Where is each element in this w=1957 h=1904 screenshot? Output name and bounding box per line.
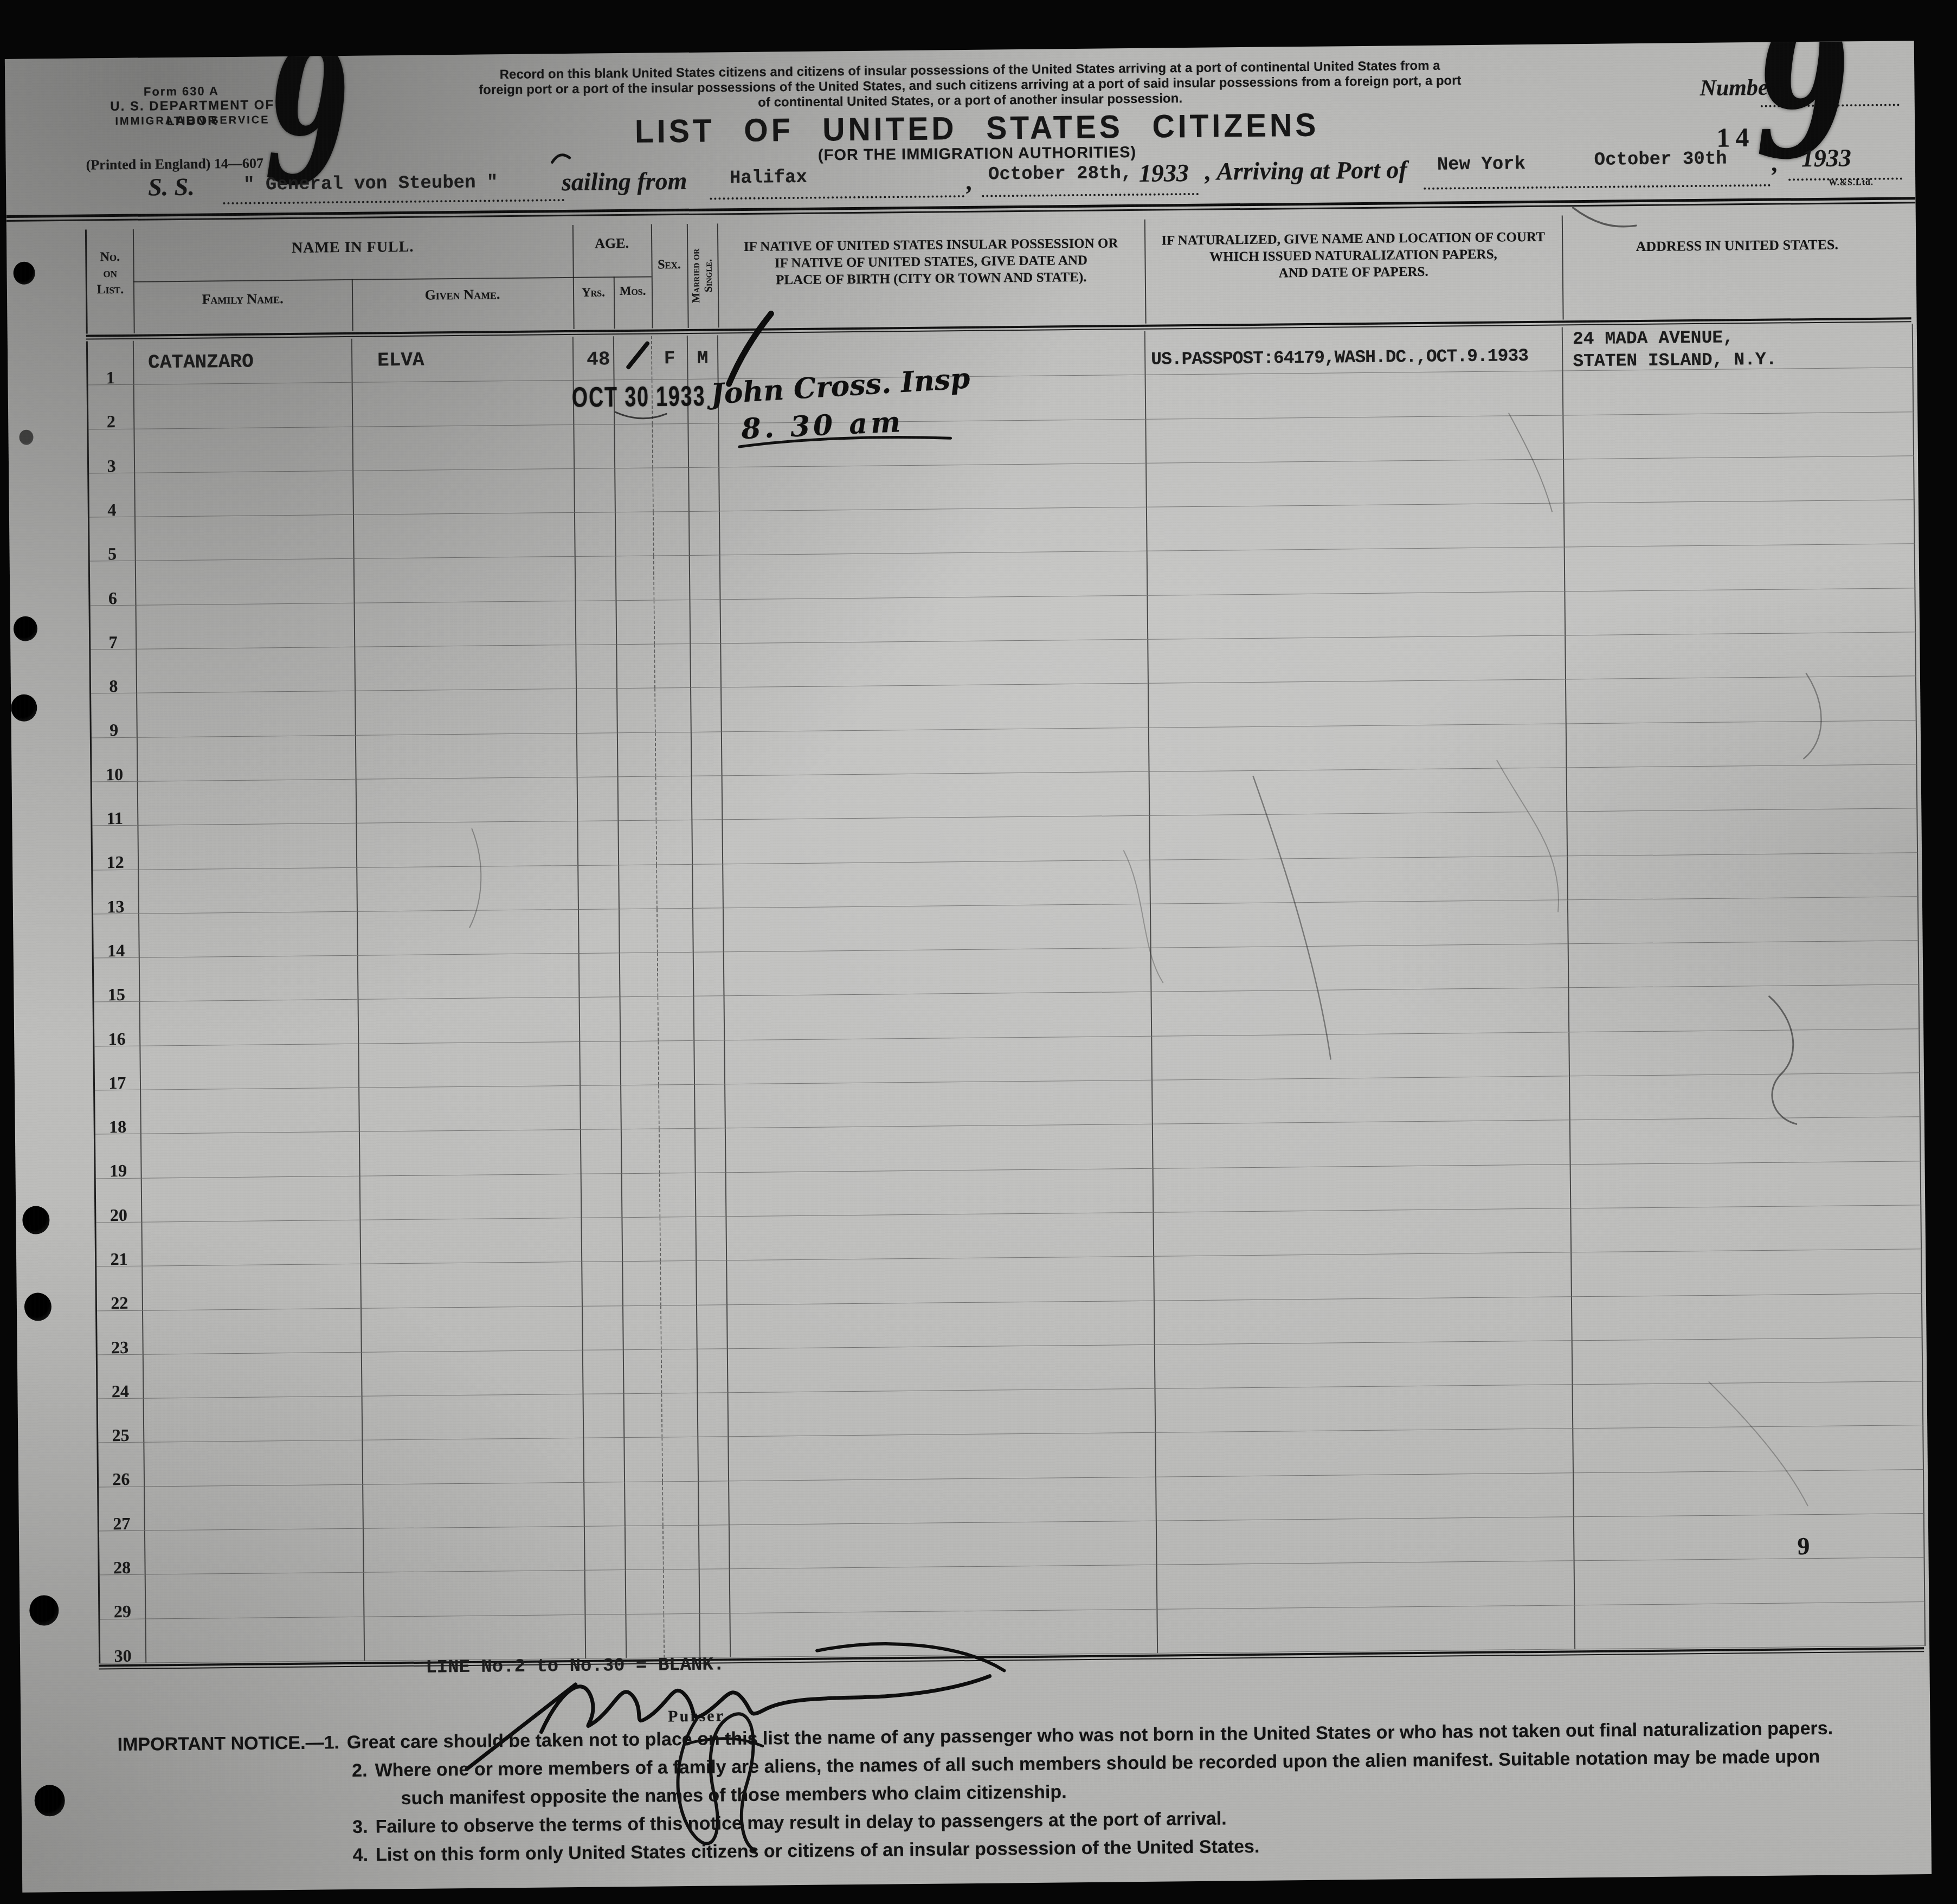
cell-age-years — [584, 1438, 625, 1483]
cell-age-months — [622, 1129, 660, 1174]
cell-row-number: 13 — [93, 870, 139, 914]
cell-address — [1574, 1514, 1925, 1561]
cell-naturalization — [1149, 724, 1567, 772]
cell-birth — [722, 684, 1149, 732]
cell-sex — [661, 1261, 697, 1305]
punch-hole — [29, 1595, 59, 1626]
cell-married-or-single — [698, 1349, 729, 1393]
cell-birth — [721, 640, 1149, 688]
cell-age-months — [615, 468, 654, 512]
cell-birth — [720, 596, 1148, 644]
cell-family-name — [143, 1308, 362, 1354]
cell-married-or-single — [696, 1173, 727, 1217]
cell-family-name — [144, 1440, 363, 1487]
cell-age-years — [579, 909, 620, 954]
cell-family-name — [137, 603, 356, 649]
cell-age-years: 48 — [574, 336, 615, 381]
cell-age-years — [581, 1129, 622, 1174]
cell-row-number: 26 — [98, 1443, 145, 1487]
cell-row-number: 15 — [94, 958, 140, 1002]
cell-age-months — [614, 336, 653, 381]
cell-naturalization — [1150, 812, 1568, 860]
cell-age-years — [580, 998, 621, 1042]
cell-family-name — [135, 471, 354, 517]
cell-given-name — [360, 1174, 582, 1220]
cell-row-number: 18 — [95, 1090, 141, 1135]
cell-married-or-single — [688, 423, 719, 468]
cell-married-or-single — [692, 776, 723, 820]
arrival-comma: , — [1772, 149, 1779, 177]
cell-age-months — [623, 1305, 662, 1350]
cell-family-name — [139, 912, 358, 958]
cell-age-years — [583, 1306, 624, 1350]
cell-birth — [722, 728, 1150, 776]
cell-naturalization — [1149, 680, 1567, 728]
departure-comma: , — [967, 167, 973, 196]
cell-naturalization — [1146, 415, 1564, 464]
cell-sex — [653, 423, 689, 468]
cell-sex — [659, 996, 695, 1041]
cell-age-years — [582, 1218, 623, 1262]
cell-age-months — [620, 953, 659, 998]
cell-sex: F — [652, 336, 688, 380]
punch-hole — [19, 430, 33, 445]
important-notice: IMPORTANT NOTICE.—1.Great care should be… — [118, 1717, 1929, 1875]
cell-address — [1565, 500, 1915, 547]
cell-family-name — [140, 1000, 359, 1046]
cell-age-years — [585, 1526, 626, 1571]
cell-married-or-single — [700, 1613, 731, 1658]
table-header: No. on List. NAME IN FULL. Family Name. … — [85, 212, 1911, 333]
cell-age-months — [623, 1262, 661, 1306]
cell-age-years — [583, 1350, 625, 1394]
cell-given-name — [353, 381, 575, 427]
cell-sex — [653, 468, 690, 512]
cell-age-years — [578, 821, 619, 865]
cell-family-name — [138, 824, 357, 870]
cell-naturalization — [1157, 1561, 1575, 1610]
printed-in-note: (Printed in England) 14—607 — [86, 155, 263, 173]
cell-age-years — [576, 601, 617, 645]
cell-given-name — [359, 1086, 581, 1132]
cell-naturalization — [1155, 1297, 1573, 1345]
cell-married-or-single — [697, 1305, 728, 1349]
cell-age-months — [619, 776, 657, 821]
cell-naturalization — [1157, 1605, 1575, 1654]
cell-married-or-single — [700, 1569, 731, 1614]
cell-age-months — [622, 1173, 661, 1218]
cell-address — [1564, 456, 1915, 503]
cell-naturalization — [1152, 1032, 1570, 1080]
cell-given-name — [363, 1483, 585, 1529]
cell-row-number: 29 — [100, 1575, 146, 1619]
cell-sex — [656, 732, 692, 777]
cell-family-name — [138, 735, 357, 781]
cell-age-months — [621, 997, 659, 1041]
cell-row-number: 12 — [92, 826, 139, 870]
cell-naturalization — [1156, 1473, 1574, 1521]
cell-birth — [723, 816, 1150, 864]
cell-age-months — [621, 1041, 659, 1085]
cell-given-name — [353, 469, 575, 515]
cell-naturalization — [1155, 1341, 1573, 1389]
cell-age-years — [582, 1174, 623, 1218]
cell-age-months — [625, 1394, 663, 1438]
col-header-naturalized: IF NATURALIZED, GIVE NAME AND LOCATION O… — [1144, 228, 1562, 282]
cell-married-or-single — [692, 820, 723, 865]
cell-sex — [654, 512, 690, 556]
cell-row-number: 1 — [88, 341, 134, 385]
cell-naturalization — [1151, 900, 1569, 948]
cell-address — [1566, 632, 1916, 679]
cell-given-name — [364, 1571, 586, 1617]
cell-sex — [661, 1305, 698, 1349]
cell-row-number: 16 — [94, 1002, 141, 1046]
cell-address — [1568, 897, 1919, 944]
punch-hole — [34, 1785, 65, 1817]
arrival-date-stamp: OCT 30 1933 — [572, 381, 706, 414]
arrival-port-value: New York — [1437, 154, 1526, 176]
cell-sex — [659, 1041, 695, 1085]
cell-given-name — [359, 998, 581, 1044]
cell-naturalization — [1147, 459, 1565, 507]
cell-given-name — [363, 1394, 584, 1440]
cell-birth — [730, 1609, 1158, 1657]
cell-married-or-single — [692, 732, 723, 776]
cell-row-number: 28 — [99, 1531, 146, 1575]
cell-age-years — [575, 512, 616, 557]
cell-age-months — [617, 645, 655, 689]
cell-age-months — [625, 1438, 663, 1482]
cell-age-months — [626, 1570, 665, 1614]
cell-sex — [663, 1482, 699, 1526]
cell-birth — [723, 860, 1151, 908]
cell-age-years — [575, 468, 616, 513]
cell-birth — [728, 1301, 1155, 1349]
purser-label: Purser. — [668, 1707, 729, 1726]
cell-age-months — [618, 732, 656, 777]
cell-family-name — [145, 1529, 364, 1575]
cell-naturalization — [1154, 1253, 1572, 1301]
cell-address — [1575, 1602, 1926, 1649]
cell-sex — [659, 1085, 696, 1129]
cell-family-name — [137, 647, 356, 693]
cell-given-name — [357, 865, 579, 911]
cell-married-or-single — [693, 908, 724, 953]
cell-birth — [725, 1080, 1153, 1129]
cell-sex — [664, 1613, 700, 1658]
col-header-age: AGE. — [572, 235, 651, 252]
cell-age-months — [624, 1349, 662, 1394]
sailing-date-value: October 28th, — [988, 163, 1132, 185]
col-header-family-name: Family Name. — [133, 290, 352, 308]
cell-married-or-single — [694, 952, 725, 996]
cell-married-or-single — [695, 1084, 726, 1129]
table-body: 1 CATANZARO ELVA 48 F M US.PASSPOST:6417… — [86, 324, 1924, 1663]
cell-family-name — [137, 691, 356, 737]
cell-address — [1565, 588, 1916, 635]
departure-port-value: Halifax — [730, 168, 807, 189]
cell-row-number: 30 — [100, 1619, 146, 1663]
cell-married-or-single — [699, 1481, 730, 1526]
cell-naturalization — [1148, 548, 1566, 596]
cell-given-name — [357, 777, 578, 824]
cell-naturalization — [1150, 856, 1568, 904]
cell-age-months — [620, 909, 658, 953]
cell-age-months — [625, 1482, 664, 1526]
cell-row-number: 11 — [92, 782, 139, 826]
cell-birth — [730, 1521, 1157, 1569]
cell-given-name — [360, 1218, 582, 1264]
cell-age-years — [580, 1041, 621, 1086]
cell-birth — [729, 1477, 1157, 1525]
cell-married-or-single — [694, 1040, 725, 1085]
cell-naturalization — [1151, 988, 1569, 1037]
cell-sex — [664, 1526, 700, 1570]
cell-married-or-single — [696, 1129, 726, 1173]
cell-address — [1569, 985, 1920, 1032]
cell-family-name — [134, 383, 353, 429]
cell-naturalization — [1148, 635, 1566, 684]
cell-given-name — [357, 821, 578, 867]
cell-sex — [660, 1173, 697, 1217]
cell-naturalization — [1150, 768, 1568, 816]
cell-age-months — [626, 1526, 664, 1570]
cell-age-months — [616, 512, 654, 557]
punch-hole — [11, 694, 37, 721]
cell-address — [1563, 412, 1914, 459]
cell-family-name: CATANZARO — [134, 339, 353, 385]
cell-row-number: 8 — [91, 649, 137, 694]
departure-port-line — [710, 195, 964, 200]
cell-sex — [662, 1393, 699, 1438]
col-header-sex: Sex. — [651, 258, 687, 273]
cell-family-name — [144, 1353, 363, 1399]
cell-address — [1573, 1337, 1923, 1385]
cell-married-or-single — [698, 1393, 729, 1437]
cell-given-name — [361, 1262, 583, 1308]
cell-age-years — [585, 1570, 627, 1614]
cell-row-number: 20 — [96, 1178, 143, 1223]
cell-age-years — [580, 953, 621, 998]
cell-family-name — [136, 515, 355, 561]
cell-row-number: 23 — [97, 1310, 144, 1355]
cell-address — [1565, 544, 1916, 591]
cell-age-years — [584, 1482, 626, 1527]
cell-address — [1572, 1294, 1923, 1341]
cell-age-years — [578, 777, 619, 821]
arrival-year-value: 1933 — [1801, 143, 1852, 172]
cell-family-name — [146, 1573, 365, 1619]
punch-hole — [14, 616, 37, 641]
cell-married-or-single: M — [688, 335, 719, 379]
cell-address — [1569, 1029, 1920, 1076]
cell-row-number: 3 — [88, 429, 135, 473]
cell-birth — [720, 507, 1148, 556]
cell-given-name — [358, 954, 580, 1000]
cell-birth — [729, 1433, 1156, 1481]
cell-sex — [658, 953, 694, 997]
cell-given-name — [355, 645, 577, 691]
cell-address — [1567, 764, 1918, 812]
cell-row-number: 10 — [92, 737, 138, 782]
cell-given-name — [362, 1350, 584, 1397]
manifest-sheet: Form 630 A U. S. DEPARTMENT OF LABOR IMM… — [5, 41, 1932, 1893]
cell-married-or-single — [690, 512, 720, 556]
cell-given-name — [362, 1306, 583, 1352]
cell-row-number: 14 — [93, 914, 140, 959]
cell-age-months — [622, 1217, 661, 1262]
cell-family-name — [139, 867, 358, 914]
cell-given-name — [355, 557, 576, 603]
cell-family-name — [141, 1132, 360, 1178]
blank-lines-note: LINE No.2 to No.30 = BLANK. — [426, 1655, 724, 1678]
cell-naturalization — [1151, 944, 1569, 993]
cell-family-name — [142, 1220, 361, 1266]
cell-age-years — [585, 1614, 627, 1659]
cell-address — [1574, 1470, 1924, 1517]
cell-age-months — [616, 600, 655, 645]
cell-address: 24 MADA AVENUE, STATEN ISLAND, N.Y. — [1563, 324, 1914, 371]
cell-address — [1568, 853, 1919, 900]
cell-sex — [654, 600, 691, 645]
cell-address — [1570, 1117, 1921, 1164]
cell-address — [1575, 1558, 1926, 1605]
cell-row-number: 21 — [96, 1223, 143, 1267]
cell-row-number: 27 — [99, 1487, 145, 1531]
scanned-page: Form 630 A U. S. DEPARTMENT OF LABOR IMM… — [0, 0, 1957, 1904]
arrival-port-line — [1424, 184, 1771, 190]
cell-family-name — [138, 780, 357, 826]
cell-age-years — [576, 557, 617, 601]
cell-birth — [728, 1345, 1156, 1393]
sailing-date-line — [982, 193, 1199, 197]
cell-married-or-single — [697, 1261, 728, 1305]
cell-naturalization — [1154, 1208, 1572, 1257]
cell-address — [1572, 1249, 1922, 1296]
cell-row-number: 4 — [89, 473, 136, 518]
cell-married-or-single — [689, 467, 720, 512]
cell-age-years — [578, 865, 620, 910]
cell-given-name — [358, 910, 580, 956]
cell-sex — [654, 556, 691, 600]
cell-sex — [660, 1129, 696, 1173]
cell-address — [1571, 1161, 1922, 1208]
cell-address — [1573, 1381, 1923, 1429]
cell-given-name — [354, 513, 576, 559]
cell-address — [1573, 1426, 1924, 1473]
cell-sex — [662, 1349, 698, 1394]
cell-family-name — [142, 1176, 361, 1222]
cell-family-name — [143, 1264, 362, 1310]
cell-sex — [655, 644, 691, 689]
cell-given-name — [356, 734, 578, 780]
cell-family-name — [140, 956, 359, 1002]
cell-row-number: 2 — [88, 385, 135, 429]
cell-married-or-single — [696, 1217, 727, 1261]
cell-age-years — [582, 1262, 623, 1306]
cell-given-name — [360, 1130, 582, 1176]
cell-birth — [720, 551, 1148, 600]
cell-sex — [662, 1437, 699, 1482]
cell-family-name — [141, 1088, 360, 1134]
cell-birth — [725, 992, 1153, 1040]
cell-birth — [730, 1565, 1158, 1613]
cell-naturalization — [1148, 591, 1566, 640]
cell-married-or-single — [690, 600, 721, 644]
cell-given-name — [353, 425, 575, 471]
cell-sex — [664, 1569, 700, 1614]
punch-hole — [13, 261, 35, 284]
cell-sex — [658, 909, 694, 953]
col-header-given-name: Given Name. — [352, 286, 573, 304]
cell-birth — [726, 1213, 1154, 1261]
cell-address — [1563, 368, 1914, 415]
cell-birth — [729, 1389, 1156, 1437]
col-header-birth: IF NATIVE OF UNITED STATES INSULAR POSSE… — [717, 235, 1145, 290]
cell-address — [1567, 808, 1918, 855]
cell-naturalization: US.PASSPOST:64179,WASH.DC.,OCT.9.1933 — [1145, 327, 1563, 375]
cell-married-or-single — [691, 688, 722, 732]
cell-age-months — [616, 556, 655, 601]
cell-address — [1569, 941, 1920, 988]
cell-age-years — [577, 733, 619, 777]
cell-birth — [724, 948, 1152, 996]
passenger-table: No. on List. NAME IN FULL. Family Name. … — [85, 207, 1910, 224]
cell-naturalization — [1147, 504, 1565, 552]
cell-naturalization — [1146, 371, 1564, 420]
cell-birth — [725, 1036, 1153, 1084]
cell-age-years — [577, 689, 618, 734]
cell-family-name — [146, 1617, 365, 1663]
cell-birth — [726, 1124, 1154, 1173]
col-header-address: ADDRESS IN UNITED STATES. — [1562, 236, 1912, 255]
cell-row-number: 19 — [95, 1134, 142, 1179]
cell-given-name: ELVA — [352, 337, 574, 383]
cell-age-years — [584, 1394, 625, 1438]
cell-married-or-single — [691, 644, 722, 688]
cell-sex — [660, 1217, 697, 1262]
cell-family-name — [140, 1044, 359, 1090]
cell-given-name — [363, 1438, 584, 1484]
page-number-bottom: 9 — [1797, 1532, 1810, 1560]
cell-married-or-single — [694, 996, 725, 1041]
cell-family-name — [144, 1397, 363, 1443]
cell-row-number: 9 — [91, 693, 138, 738]
cell-age-years — [576, 645, 617, 689]
arriving-label: , Arriving at Port of — [1205, 155, 1407, 186]
cell-sex — [656, 820, 693, 865]
cell-birth — [724, 904, 1151, 953]
cell-age-months — [619, 865, 658, 909]
col-header-name-in-full: NAME IN FULL. — [133, 237, 572, 259]
cell-given-name — [359, 1042, 581, 1088]
service-name: IMMIGRATION SERVICE — [95, 114, 290, 128]
cell-row-number: 5 — [89, 517, 136, 562]
printer-mark: W.&S.Ltd. — [1829, 178, 1874, 188]
cell-row-number: 25 — [98, 1399, 145, 1443]
cell-given-name — [356, 689, 577, 735]
arrival-date-value: October 30th — [1594, 149, 1727, 170]
cell-naturalization — [1154, 1165, 1572, 1213]
cell-age-months — [615, 424, 653, 468]
cell-family-name — [134, 427, 353, 473]
cell-age-months — [621, 1085, 660, 1130]
punch-hole — [24, 1292, 51, 1321]
cell-birth — [726, 1168, 1154, 1217]
cell-row-number: 6 — [90, 561, 137, 606]
cell-row-number: 7 — [91, 605, 137, 649]
